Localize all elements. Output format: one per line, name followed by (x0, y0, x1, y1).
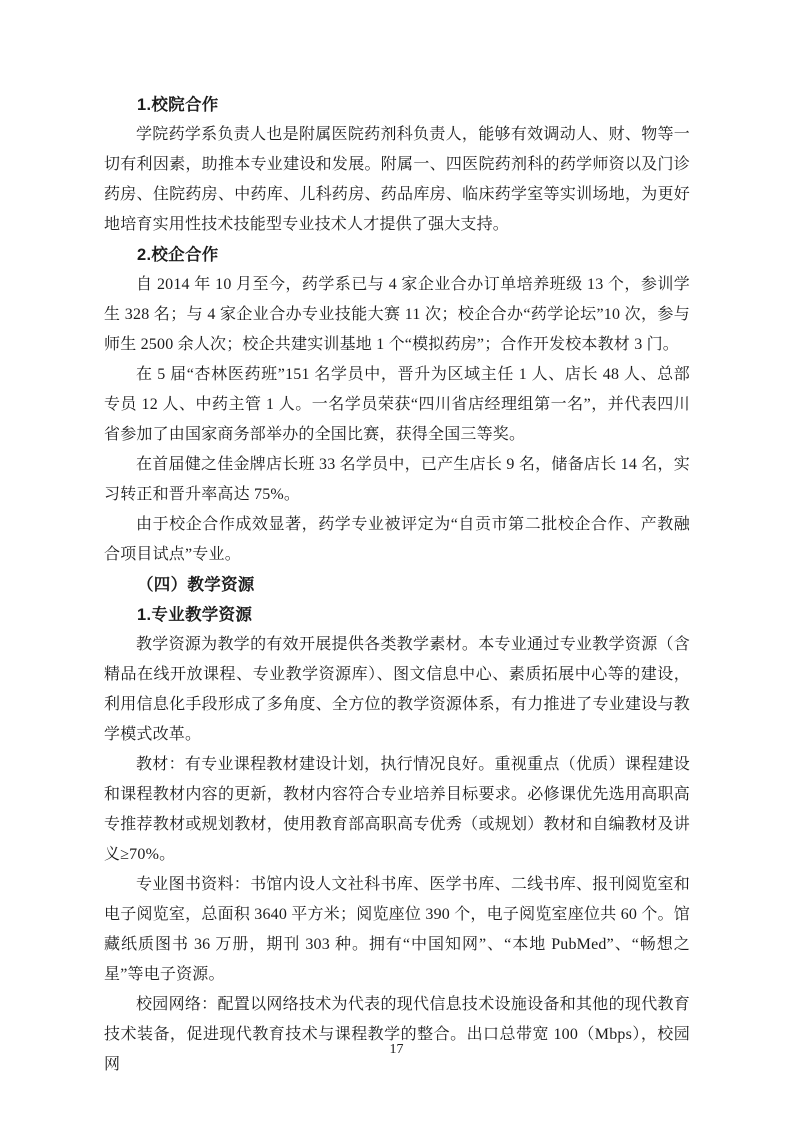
paragraph-library-resources: 专业图书资料：书馆内设人文社科书库、医学书库、二线书库、报刊阅览室和电子阅览室，… (104, 870, 690, 990)
paragraph-jianzhijia-store-manager-class: 在首届健之佳金牌店长班 33 名学员中，已产生店长 9 名，储备店长 14 名，… (104, 450, 690, 510)
heading-professional-teaching-resources: 1.专业教学资源 (104, 600, 690, 630)
paragraph-xinglin-medical-class: 在 5 届“杏林医药班”151 名学员中，晋升为区域主任 1 人、店长 48 人… (104, 360, 690, 450)
paragraph-textbooks: 教材：有专业课程教材建设计划，执行情况良好。重视重点（优质）课程建设和课程教材内… (104, 750, 690, 870)
heading-school-enterprise-cooperation: 2.校企合作 (104, 240, 690, 270)
document-page: 1.校院合作 学院药学系负责人也是附属医院药剂科负责人，能够有效调动人、财、物等… (0, 0, 793, 1122)
heading-teaching-resources-section: （四）教学资源 (104, 570, 690, 600)
document-body: 1.校院合作 学院药学系负责人也是附属医院药剂科负责人，能够有效调动人、财、物等… (104, 90, 690, 1080)
paragraph-cooperation-recognition: 由于校企合作成效显著，药学专业被评定为“自贡市第二批校企合作、产教融合项目试点”… (104, 510, 690, 570)
heading-school-hospital-cooperation: 1.校院合作 (104, 90, 690, 120)
page-number: 17 (0, 1038, 793, 1062)
paragraph-school-enterprise-overview: 自 2014 年 10 月至今，药学系已与 4 家企业合办订单培养班级 13 个… (104, 270, 690, 360)
paragraph-school-hospital-cooperation: 学院药学系负责人也是附属医院药剂科负责人，能够有效调动人、财、物等一切有利因素，… (104, 120, 690, 240)
paragraph-campus-network: 校园网络：配置以网络技术为代表的现代信息技术设施设备和其他的现代教育技术装备，促… (104, 990, 690, 1080)
paragraph-teaching-resources-overview: 教学资源为教学的有效开展提供各类教学素材。本专业通过专业教学资源（含精品在线开放… (104, 630, 690, 750)
